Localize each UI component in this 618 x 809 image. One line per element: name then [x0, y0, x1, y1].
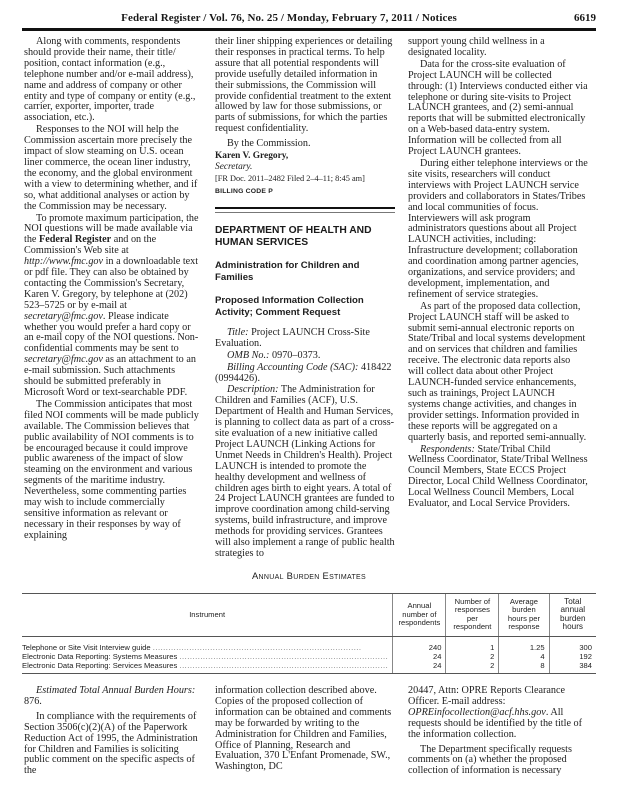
paragraph: Responses to the NOI will help the Commi… — [24, 125, 202, 212]
cell-responses: 2 — [446, 661, 499, 674]
col-header-hours-per-response: Average burden hours per response — [499, 594, 549, 637]
signer-name: Karen V. Gregory, — [215, 151, 395, 162]
cell-hours-per-response: 4 — [499, 652, 549, 661]
signer-title: Secretary. — [215, 162, 395, 173]
subagency-heading: Administration for Children and Families — [215, 260, 395, 285]
paragraph: support young child wellness in a design… — [408, 37, 588, 59]
cell-respondents: 240 — [393, 636, 446, 652]
sac-field: Billing Accounting Code (SAC): 418422 (0… — [215, 363, 395, 385]
cell-total-hours: 192 — [549, 652, 596, 661]
paragraph: Data for the cross-site evaluation of Pr… — [408, 60, 588, 158]
paragraph: The Commission anticipates that most fil… — [24, 400, 202, 542]
paragraph: their liner shipping experiences or deta… — [215, 37, 395, 135]
secretary-email-link[interactable]: secretary@fmc.gov — [24, 354, 103, 365]
paragraph: As part of the proposed data collection,… — [408, 302, 588, 444]
column-2: their liner shipping experiences or deta… — [215, 37, 395, 561]
running-header-title: Federal Register / Vol. 76, No. 25 / Mon… — [22, 12, 556, 24]
page-header: Federal Register / Vol. 76, No. 25 / Mon… — [22, 8, 596, 28]
cell-respondents: 24 — [393, 661, 446, 674]
cell-responses: 1 — [446, 636, 499, 652]
description-field: Description: The Administration for Chil… — [215, 385, 395, 560]
by-line: By the Commission. — [215, 139, 395, 150]
paragraph-contact: 20447, Attn: OPRE Reports Clearance Offi… — [408, 686, 588, 741]
bottom-column-2: information collection described above. … — [215, 686, 395, 774]
title-field: Title: Project LAUNCH Cross-Site Evaluat… — [215, 328, 395, 350]
cell-total-hours: 384 — [549, 661, 596, 674]
cell-instrument: Electronic Data Reporting: Systems Measu… — [22, 652, 393, 661]
annual-burden-table: Instrument Annual number of respondents … — [22, 593, 596, 674]
table-header-row: Instrument Annual number of respondents … — [22, 594, 596, 637]
col-header-instrument: Instrument — [22, 594, 393, 637]
table-row: Electronic Data Reporting: Systems Measu… — [22, 652, 596, 661]
page-number: 6619 — [574, 12, 596, 24]
paragraph-participation: To promote maximum participation, the NO… — [24, 214, 202, 399]
omb-field: OMB No.: 0970–0373. — [215, 351, 395, 362]
billing-code: BILLING CODE P — [215, 186, 395, 197]
col-header-total-hours: Total annual burden hours — [549, 594, 596, 637]
paragraph: information collection described above. … — [215, 686, 395, 773]
cell-respondents: 24 — [393, 652, 446, 661]
cell-hours-per-response: 1.25 — [499, 636, 549, 652]
document-title: Proposed Information Collection Activity… — [215, 295, 395, 320]
paragraph: During either telephone interviews or th… — [408, 159, 588, 301]
fr-doc-line: [FR Doc. 2011–2482 Filed 2–4–11; 8:45 am… — [215, 173, 395, 184]
table-title: Annual Burden Estimates — [0, 570, 618, 581]
federal-register-ref: Federal Register — [39, 234, 111, 245]
column-3: support young child wellness in a design… — [408, 37, 588, 511]
cell-instrument: Telephone or Site Visit Interview guide … — [22, 636, 393, 652]
cell-instrument: Electronic Data Reporting: Services Meas… — [22, 661, 393, 674]
table-row: Telephone or Site Visit Interview guide … — [22, 636, 596, 652]
estimated-burden-hours: Estimated Total Annual Burden Hours: 876… — [24, 686, 202, 708]
header-rule — [22, 28, 596, 31]
federal-register-page: Federal Register / Vol. 76, No. 25 / Mon… — [0, 0, 618, 809]
bottom-column-3: 20447, Attn: OPRE Reports Clearance Offi… — [408, 686, 588, 778]
paragraph: The Department specifically requests com… — [408, 745, 588, 778]
column-1: Along with comments, respondents should … — [24, 37, 202, 543]
col-header-respondents: Annual number of respondents — [393, 594, 446, 637]
cell-responses: 2 — [446, 652, 499, 661]
cell-total-hours: 300 — [549, 636, 596, 652]
respondents-field: Respondents: State/Tribal Child Wellness… — [408, 445, 588, 510]
paragraph: Along with comments, respondents should … — [24, 37, 202, 124]
paragraph: In compliance with the requirements of S… — [24, 712, 202, 777]
opre-email-link[interactable]: OPREinfocollection@acf.hhs.gov — [408, 707, 546, 718]
section-divider-thin — [215, 212, 395, 213]
secretary-email-link[interactable]: secretary@fmc.gov — [24, 311, 103, 322]
fmc-website-link[interactable]: http://www.fmc.gov — [24, 256, 103, 267]
section-divider-thick — [215, 207, 395, 209]
table-row: Electronic Data Reporting: Services Meas… — [22, 661, 596, 674]
bottom-column-1: Estimated Total Annual Burden Hours: 876… — [24, 686, 202, 778]
agency-heading: DEPARTMENT OF HEALTH AND HUMAN SERVICES — [215, 225, 395, 250]
col-header-responses: Number of responses per respondent — [446, 594, 499, 637]
cell-hours-per-response: 8 — [499, 661, 549, 674]
